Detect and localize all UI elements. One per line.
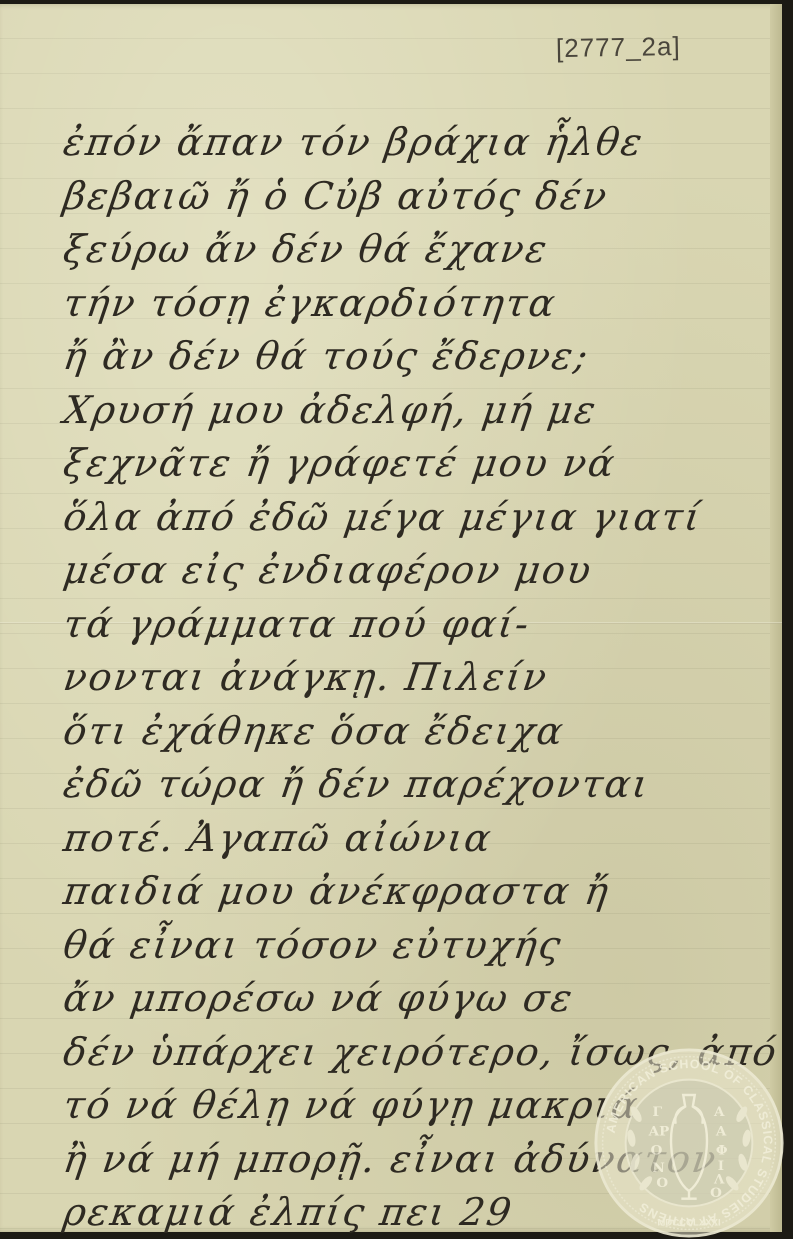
- text-line: ποτέ. Ἀγαπῶ αἰώνια: [60, 812, 788, 866]
- svg-text:Α: Α: [715, 1123, 727, 1139]
- svg-text:Ο: Ο: [710, 1185, 722, 1201]
- archive-reference-label: [2777_2a]: [556, 31, 681, 64]
- text-line: βεβαιῶ ἤ ὁ Cὐβ αὐτός δέν: [60, 170, 788, 224]
- text-line: ξεχνᾶτε ἤ γράφετέ μου νά: [60, 437, 788, 491]
- svg-text:Φ: Φ: [716, 1143, 728, 1159]
- text-line: ἄν μπορέσω νά φύγω σε: [60, 972, 788, 1026]
- svg-text:Α: Α: [713, 1104, 725, 1120]
- text-line: ἐδῶ τώρα ἤ δέν παρέχονται: [60, 758, 788, 812]
- text-line: τά γράμματα πού φαί-: [60, 598, 788, 652]
- svg-text:Ο: Ο: [656, 1175, 668, 1191]
- text-line: ἐπόν ἄπαν τόν βράχια ἧλθε: [60, 116, 788, 170]
- text-line: ξεύρω ἄν δέν θά ἔχανε: [60, 223, 788, 277]
- text-line: θά εἶναι τόσον εὐτυχής: [60, 919, 788, 973]
- text-line: ἤ ἂν δέν θά τούς ἔδερνε;: [60, 330, 788, 384]
- svg-text:Γ: Γ: [653, 1104, 663, 1120]
- svg-text:Ο: Ο: [651, 1143, 663, 1159]
- text-line: ὅλα ἀπό ἐδῶ μέγα μέγια γιατί: [60, 491, 788, 545]
- svg-text:ΑΡ: ΑΡ: [648, 1123, 670, 1139]
- text-line: νονται ἀνάγκῃ. Πιλείν: [60, 651, 788, 705]
- text-line: μέσα εἰς ἐνδιαφέρον μου: [60, 544, 788, 598]
- svg-text:Ν: Ν: [653, 1160, 665, 1176]
- institution-seal-icon: AMERICAN SCHOOL OF CLASSICAL STUDIES AT …: [593, 1047, 785, 1239]
- seal-date-text: MDCCCLXXXI: [657, 1218, 721, 1229]
- text-line: παιδιά μου ἀνέκφραστα ἤ: [60, 865, 788, 919]
- letter-page: [2777_2a] ἐπόν ἄπαν τόν βράχια ἧλθε βεβα…: [0, 4, 782, 1232]
- text-line: Χρυσή μου ἀδελφή, μή με: [60, 384, 788, 438]
- text-line: ὅτι ἐχάθηκε ὅσα ἔδειχα: [60, 705, 788, 759]
- text-line: τήν τόσῃ ἐγκαρδιότητα: [60, 277, 788, 331]
